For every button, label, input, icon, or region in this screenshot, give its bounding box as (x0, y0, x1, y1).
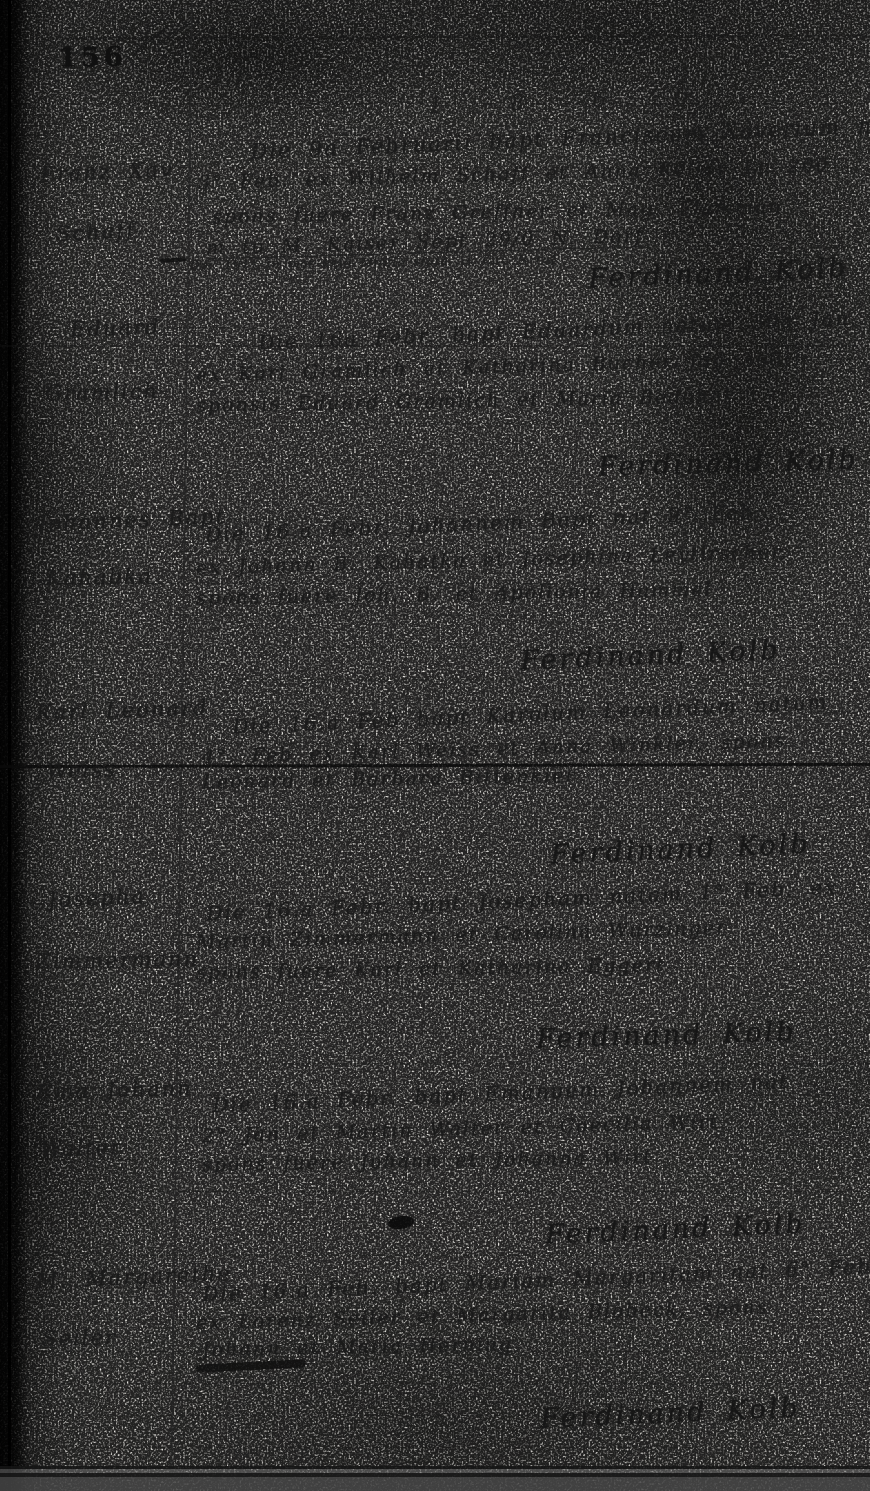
entry-line: spons fuere Johann et Johanna Wirt (202, 1146, 653, 1176)
entry-line: ex Johann B. Kahatka et Josephina Leytir… (196, 541, 789, 580)
stray-pen-stroke (132, 27, 168, 56)
margin-name: Gramlich (45, 379, 159, 405)
margin-name: Kahabka (46, 564, 153, 590)
margin-name: Karl Leonard (36, 696, 209, 725)
scan-left-edge-line (8, 0, 11, 1491)
margin-name: Ema Johann (36, 1076, 193, 1104)
annotation-arrow-mark (160, 257, 186, 262)
officiant-signature: Ferdinand Kolb (519, 635, 781, 677)
register-scan-page: 156 1 8 6 0 11 Die 9a Februarii bapt Fra… (0, 0, 870, 1491)
margin-name: Johannes Bapt (38, 504, 227, 536)
margin-name: Zimmermann (36, 947, 199, 974)
ink-blot (387, 1214, 415, 1230)
entry-line: Johann et Maria Herning (202, 1333, 513, 1360)
year-heading: 1 8 6 0 (428, 83, 719, 119)
officiant-signature: Ferdinand Kolb (598, 444, 859, 482)
entry-line: Die 16.a Febr. bapt Josepham natam 1° Fe… (206, 875, 838, 925)
entry-line: Die 16.a Feb. bapt Mariam Margaritam nat… (202, 1254, 870, 1306)
stray-mark: 11 (162, 106, 180, 122)
scan-bottom-edge (0, 1466, 870, 1491)
entry-line: 2° Jan et Martin Walter et Caecilia Wirt (202, 1111, 720, 1147)
entry-line: ex Karl Gramlich et Katharina Bucher fog… (196, 348, 793, 387)
entry-line: Leonard et Barbara Bittenkier (202, 765, 576, 794)
top-rule-line (40, 35, 870, 40)
officiant-signature: Ferdinand Kolb (539, 1393, 801, 1435)
margin-name: Franz Xav (40, 157, 175, 187)
officiant-signature: Ferdinand Kolb (536, 1016, 797, 1054)
margin-name: Eduard (70, 315, 161, 342)
margin-rule-line (170, 0, 193, 1476)
officiant-signature: Ferdinand Kolb (549, 829, 811, 871)
margin-name: Seiler (42, 1325, 117, 1350)
entry-line: spons fuere Joh. B. et Apollonia Hammel (196, 578, 713, 609)
margin-name: Josepha (48, 884, 147, 912)
officiant-signature: Ferdinand Kolb (587, 253, 849, 295)
entry-line: sponsis Eduard Gramlich et Maria Bedohal (196, 385, 732, 416)
entry-line: spons fuere Karl et Katharina Eggert (196, 954, 666, 984)
officiant-signature: Ferdinand Kolb (544, 1209, 806, 1251)
margin-name: Walter (40, 1135, 122, 1160)
margin-name: Weiss (46, 757, 117, 782)
page-number: 156 (58, 41, 127, 73)
ink-smear (196, 1359, 306, 1373)
entry-line: Die 16a Febr. bapt Eduardum natum 30a Ja… (258, 305, 859, 354)
margin-name: Schaff (55, 218, 136, 246)
entry-line: Die 16.a Febr. bapt Emanuem Johannem nat (212, 1069, 790, 1117)
entry-line: spons fuere Franz Greffner et Mag. Flamm… (212, 196, 783, 228)
entry-line: Die 16.a Febr. Johannem Bapt nat 9° Feb (205, 500, 755, 547)
